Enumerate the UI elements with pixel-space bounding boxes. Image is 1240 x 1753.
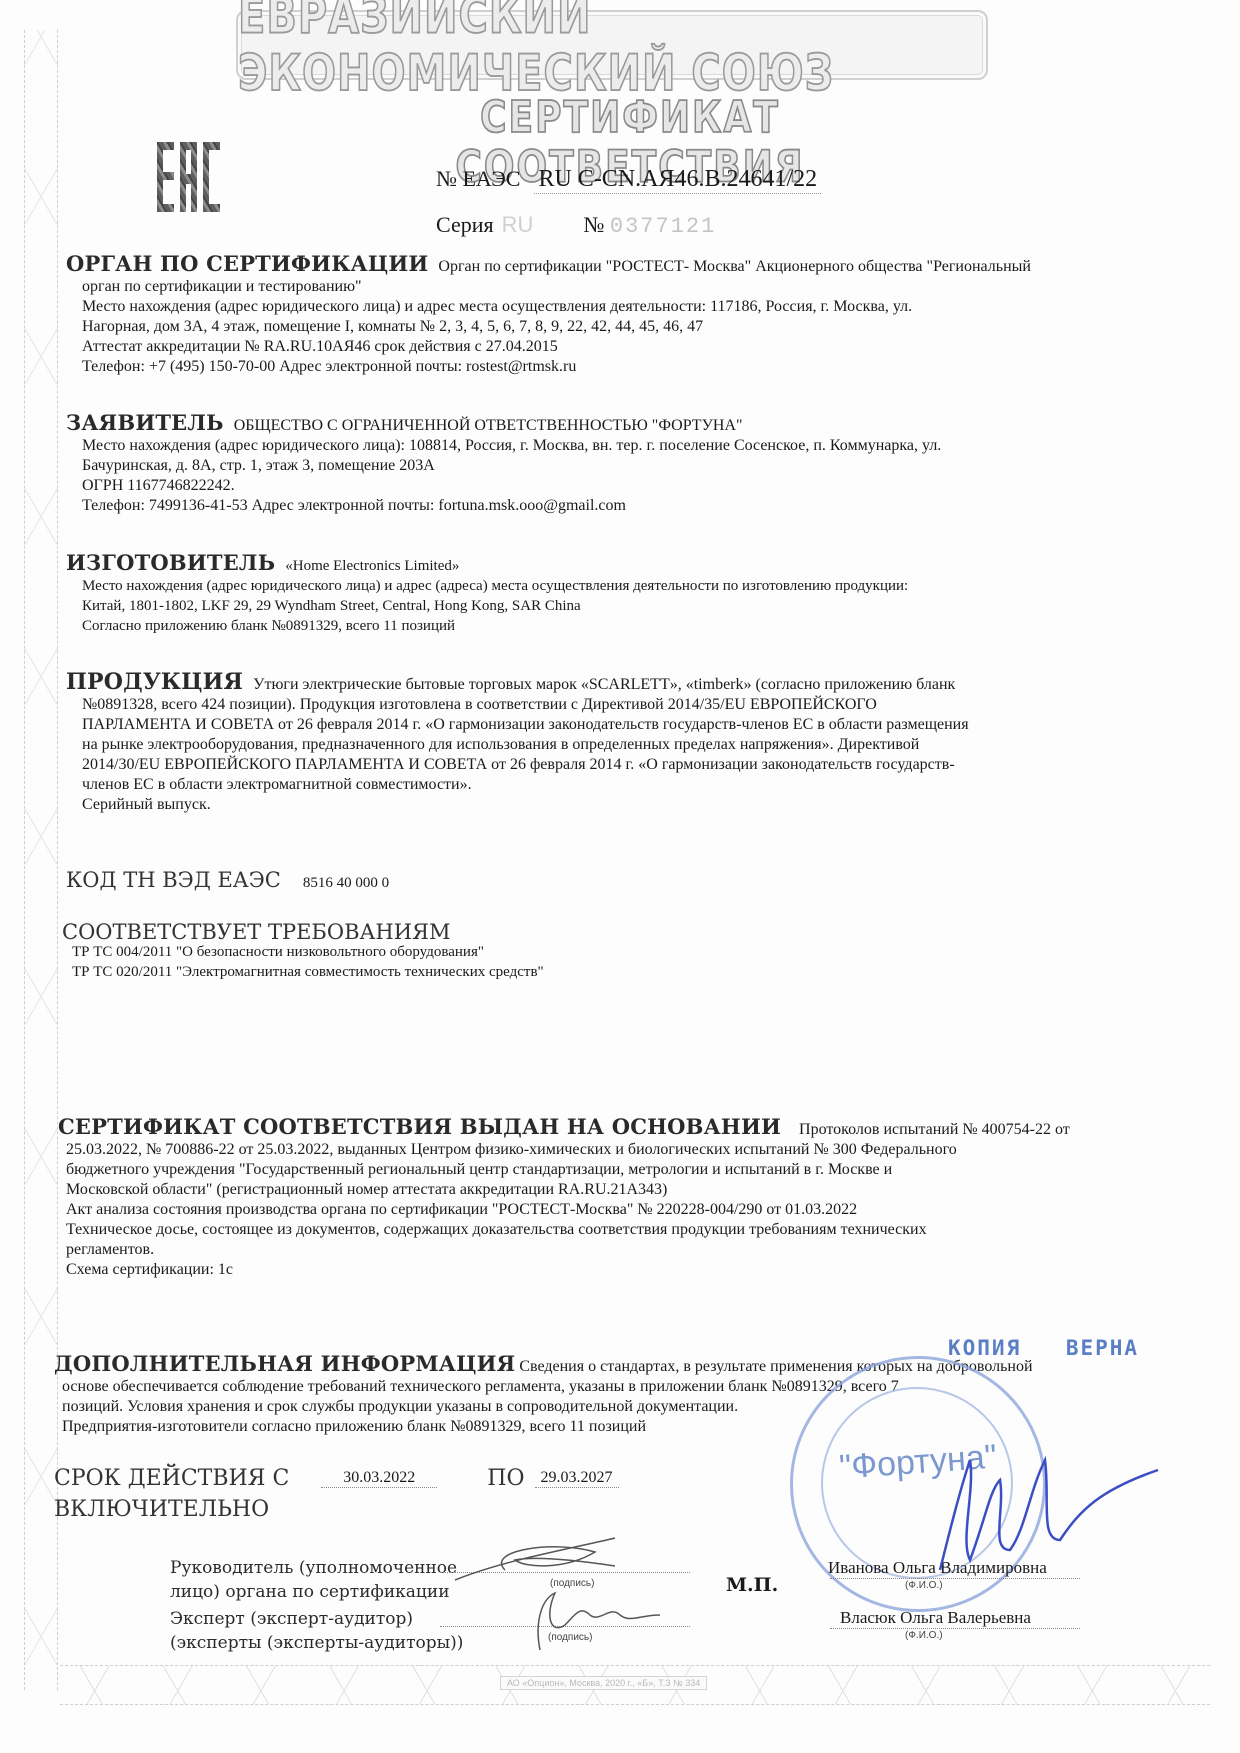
basis-line-3: Московской области" (регистрационный ном… — [58, 1180, 1128, 1200]
manufacturer-address-1: Место нахождения (адрес юридического лиц… — [66, 576, 1136, 596]
expert-name-line — [830, 1628, 1080, 1629]
product-line-2: №0891328, всего 424 позиции). Продукция … — [66, 695, 1136, 715]
basis-line-5: Техническое досье, состоящее из документ… — [58, 1220, 1128, 1240]
applicant-heading: ЗАЯВИТЕЛЬ — [66, 410, 224, 435]
basis-line-0: Протоколов испытаний № 400754-22 от — [799, 1121, 1070, 1138]
copy-certified-stamp: КОПИЯ ВЕРНА — [948, 1336, 1139, 1360]
applicant-address-1: Место нахождения (адрес юридического лиц… — [66, 436, 1136, 456]
head-name-caption: (Ф.И.О.) — [905, 1580, 943, 1591]
product-line-6: членов ЕС в области электромагнитной сов… — [66, 775, 1136, 795]
basis-line-4: Акт анализа состояния производства орган… — [58, 1200, 1128, 1220]
blank-number-field: № 0377121 — [583, 212, 716, 239]
tn-ved-code: 8516 40 000 0 — [303, 875, 389, 891]
validity-inclusive-label: ВКЛЮЧИТЕЛЬНО — [54, 1497, 269, 1522]
certification-body-heading: ОРГАН ПО СЕРТИФИКАЦИИ — [66, 251, 428, 276]
series-value: RU — [502, 212, 534, 237]
blank-number-value: 0377121 — [610, 214, 716, 239]
expert-signature-caption: (подпись) — [548, 1632, 592, 1643]
product-line-7: Серийный выпуск. — [66, 795, 1136, 815]
eac-letter-c — [203, 142, 220, 212]
union-banner-text: ЕВРАЗИЙСКИЙ ЭКОНОМИЧЕСКИЙ СОЮЗ — [238, 0, 986, 103]
head-label-line-1: Руководитель (уполномоченное — [170, 1556, 457, 1580]
requirement-item-1: ТР ТС 004/2011 "О безопасности низковоль… — [62, 942, 1132, 962]
section-applicant: ЗАЯВИТЕЛЬОБЩЕСТВО С ОГРАНИЧЕННОЙ ОТВЕТСТ… — [66, 413, 1136, 516]
expert-label-line-1: Эксперт (эксперт-аудитор) — [170, 1607, 463, 1631]
certificate-number-value: RU C-CN.АЯ46.В.24641/22 — [534, 166, 821, 194]
basis-line-2: бюджетного учреждения "Государственный р… — [58, 1160, 1128, 1180]
union-banner: ЕВРАЗИЙСКИЙ ЭКОНОМИЧЕСКИЙ СОЮЗ — [236, 10, 988, 80]
applicant-contacts: Телефон: 7499136-41-53 Адрес электронной… — [66, 496, 1136, 516]
product-line-3: ПАРЛАМЕНТА И СОВЕТА от 26 февраля 2014 г… — [66, 715, 1136, 735]
expert-label: Эксперт (эксперт-аудитор) (эксперты (экс… — [170, 1607, 463, 1655]
blank-number-label: № — [583, 212, 604, 237]
section-requirements: СООТВЕТСТВУЕТ ТРЕБОВАНИЯМ ТР ТС 004/2011… — [62, 922, 1132, 982]
additional-info-heading: ДОПОЛНИТЕЛЬНАЯ ИНФОРМАЦИЯ — [54, 1351, 515, 1376]
basis-line-1: 25.03.2022, № 700886-22 от 25.03.2022, в… — [58, 1140, 1128, 1160]
certification-body-name-1: Орган по сертификации "РОСТЕСТ- Москва" … — [438, 258, 1031, 275]
validity-date-to: 29.03.2027 — [535, 1469, 619, 1488]
expert-signature-icon — [520, 1585, 670, 1655]
printer-mark: АО «Опцион», Москва, 2020 г., «Б», Т.З №… — [500, 1676, 707, 1690]
requirements-heading: СООТВЕТСТВУЕТ ТРЕБОВАНИЯМ — [62, 922, 1122, 942]
requirement-item-2: ТР ТС 020/2011 "Электромагнитная совмест… — [62, 962, 1132, 982]
product-line-4: на рынке электрооборудования, предназнач… — [66, 735, 1136, 755]
applicant-signature-icon — [930, 1430, 1160, 1580]
validity-date-from: 30.03.2022 — [321, 1469, 437, 1488]
decorative-border-left — [24, 30, 58, 1690]
certificate-number-label: № ЕАЭС — [436, 166, 520, 192]
seal-place-label: М.П. — [726, 1574, 778, 1596]
basis-heading: СЕРТИФИКАТ СООТВЕТСТВИЯ ВЫДАН НА ОСНОВАН… — [58, 1114, 781, 1139]
applicant-ogrn: ОГРН 1167746822242. — [66, 476, 1136, 496]
certification-body-name-2: орган по сертификации и тестированию" — [66, 277, 1136, 297]
certification-body-address-2: Нагорная, дом 3А, 4 этаж, помещение I, к… — [66, 317, 1136, 337]
certificate-page: АО «Опцион», Москва, 2020 г., «Б», Т.З №… — [0, 0, 1240, 1753]
eac-logo-icon — [157, 142, 220, 212]
eac-letter-e — [157, 142, 174, 212]
applicant-name: ОБЩЕСТВО С ОГРАНИЧЕННОЙ ОТВЕТСТВЕННОСТЬЮ… — [234, 417, 743, 434]
certificate-number: № ЕАЭС RU C-CN.АЯ46.В.24641/22 — [436, 166, 821, 194]
product-line-1: Утюги электрические бытовые торговых мар… — [253, 676, 955, 693]
section-tn-ved: КОД ТН ВЭД ЕАЭС8516 40 000 0 — [66, 870, 1136, 893]
eac-letter-a — [180, 142, 197, 212]
expert-name: Власюк Ольга Валерьевна — [840, 1608, 1031, 1628]
head-signatory-label: Руководитель (уполномоченное лицо) орган… — [170, 1556, 457, 1604]
validity-from-label: СРОК ДЕЙСТВИЯ С — [54, 1466, 289, 1491]
blank-series: СерияRU № 0377121 — [436, 212, 716, 239]
tn-ved-heading: КОД ТН ВЭД ЕАЭС — [66, 868, 281, 892]
applicant-address-2: Бачуринская, д. 8А, стр. 1, этаж 3, поме… — [66, 456, 1136, 476]
product-line-5: 2014/30/EU ЕВРОПЕЙСКОГО ПАРЛАМЕНТА И СОВ… — [66, 755, 1136, 775]
product-heading: ПРОДУКЦИЯ — [66, 669, 243, 695]
section-certification-body: ОРГАН ПО СЕРТИФИКАЦИИОрган по сертификац… — [66, 254, 1136, 377]
validity-to-label: ПО — [487, 1466, 524, 1491]
manufacturer-name: «Home Electronics Limited» — [285, 558, 459, 574]
head-signature-icon — [445, 1530, 645, 1590]
expert-label-line-2: (эксперты (эксперты-аудиторы)) — [170, 1631, 463, 1655]
basis-line-7: Схема сертификации: 1с — [58, 1260, 1128, 1280]
manufacturer-heading: ИЗГОТОВИТЕЛЬ — [66, 550, 275, 575]
series-field: СерияRU — [436, 212, 533, 238]
manufacturer-address-2: Китай, 1801-1802, LKF 29, 29 Wyndham Str… — [66, 596, 1136, 616]
certification-body-accreditation: Аттестат аккредитации № RA.RU.10АЯ46 сро… — [66, 337, 1136, 357]
certification-body-contacts: Телефон: +7 (495) 150-70-00 Адрес электр… — [66, 357, 1136, 377]
certification-body-address-1: Место нахождения (адрес юридического лиц… — [66, 297, 1136, 317]
series-label: Серия — [436, 212, 494, 237]
section-product: ПРОДУКЦИЯУтюги электрические бытовые тор… — [66, 672, 1136, 815]
manufacturer-appendix: Согласно приложению бланк №0891329, всег… — [66, 616, 1136, 636]
basis-line-6: регламентов. — [58, 1240, 1128, 1260]
head-label-line-2: лицо) органа по сертификации — [170, 1580, 457, 1604]
validity-period: СРОК ДЕЙСТВИЯ С 30.03.2022 ПО 29.03.2027… — [54, 1466, 954, 1522]
section-manufacturer: ИЗГОТОВИТЕЛЬ«Home Electronics Limited» М… — [66, 553, 1136, 636]
section-issued-basis: СЕРТИФИКАТ СООТВЕТСТВИЯ ВЫДАН НА ОСНОВАН… — [58, 1117, 1128, 1280]
expert-name-caption: (Ф.И.О.) — [905, 1630, 943, 1641]
